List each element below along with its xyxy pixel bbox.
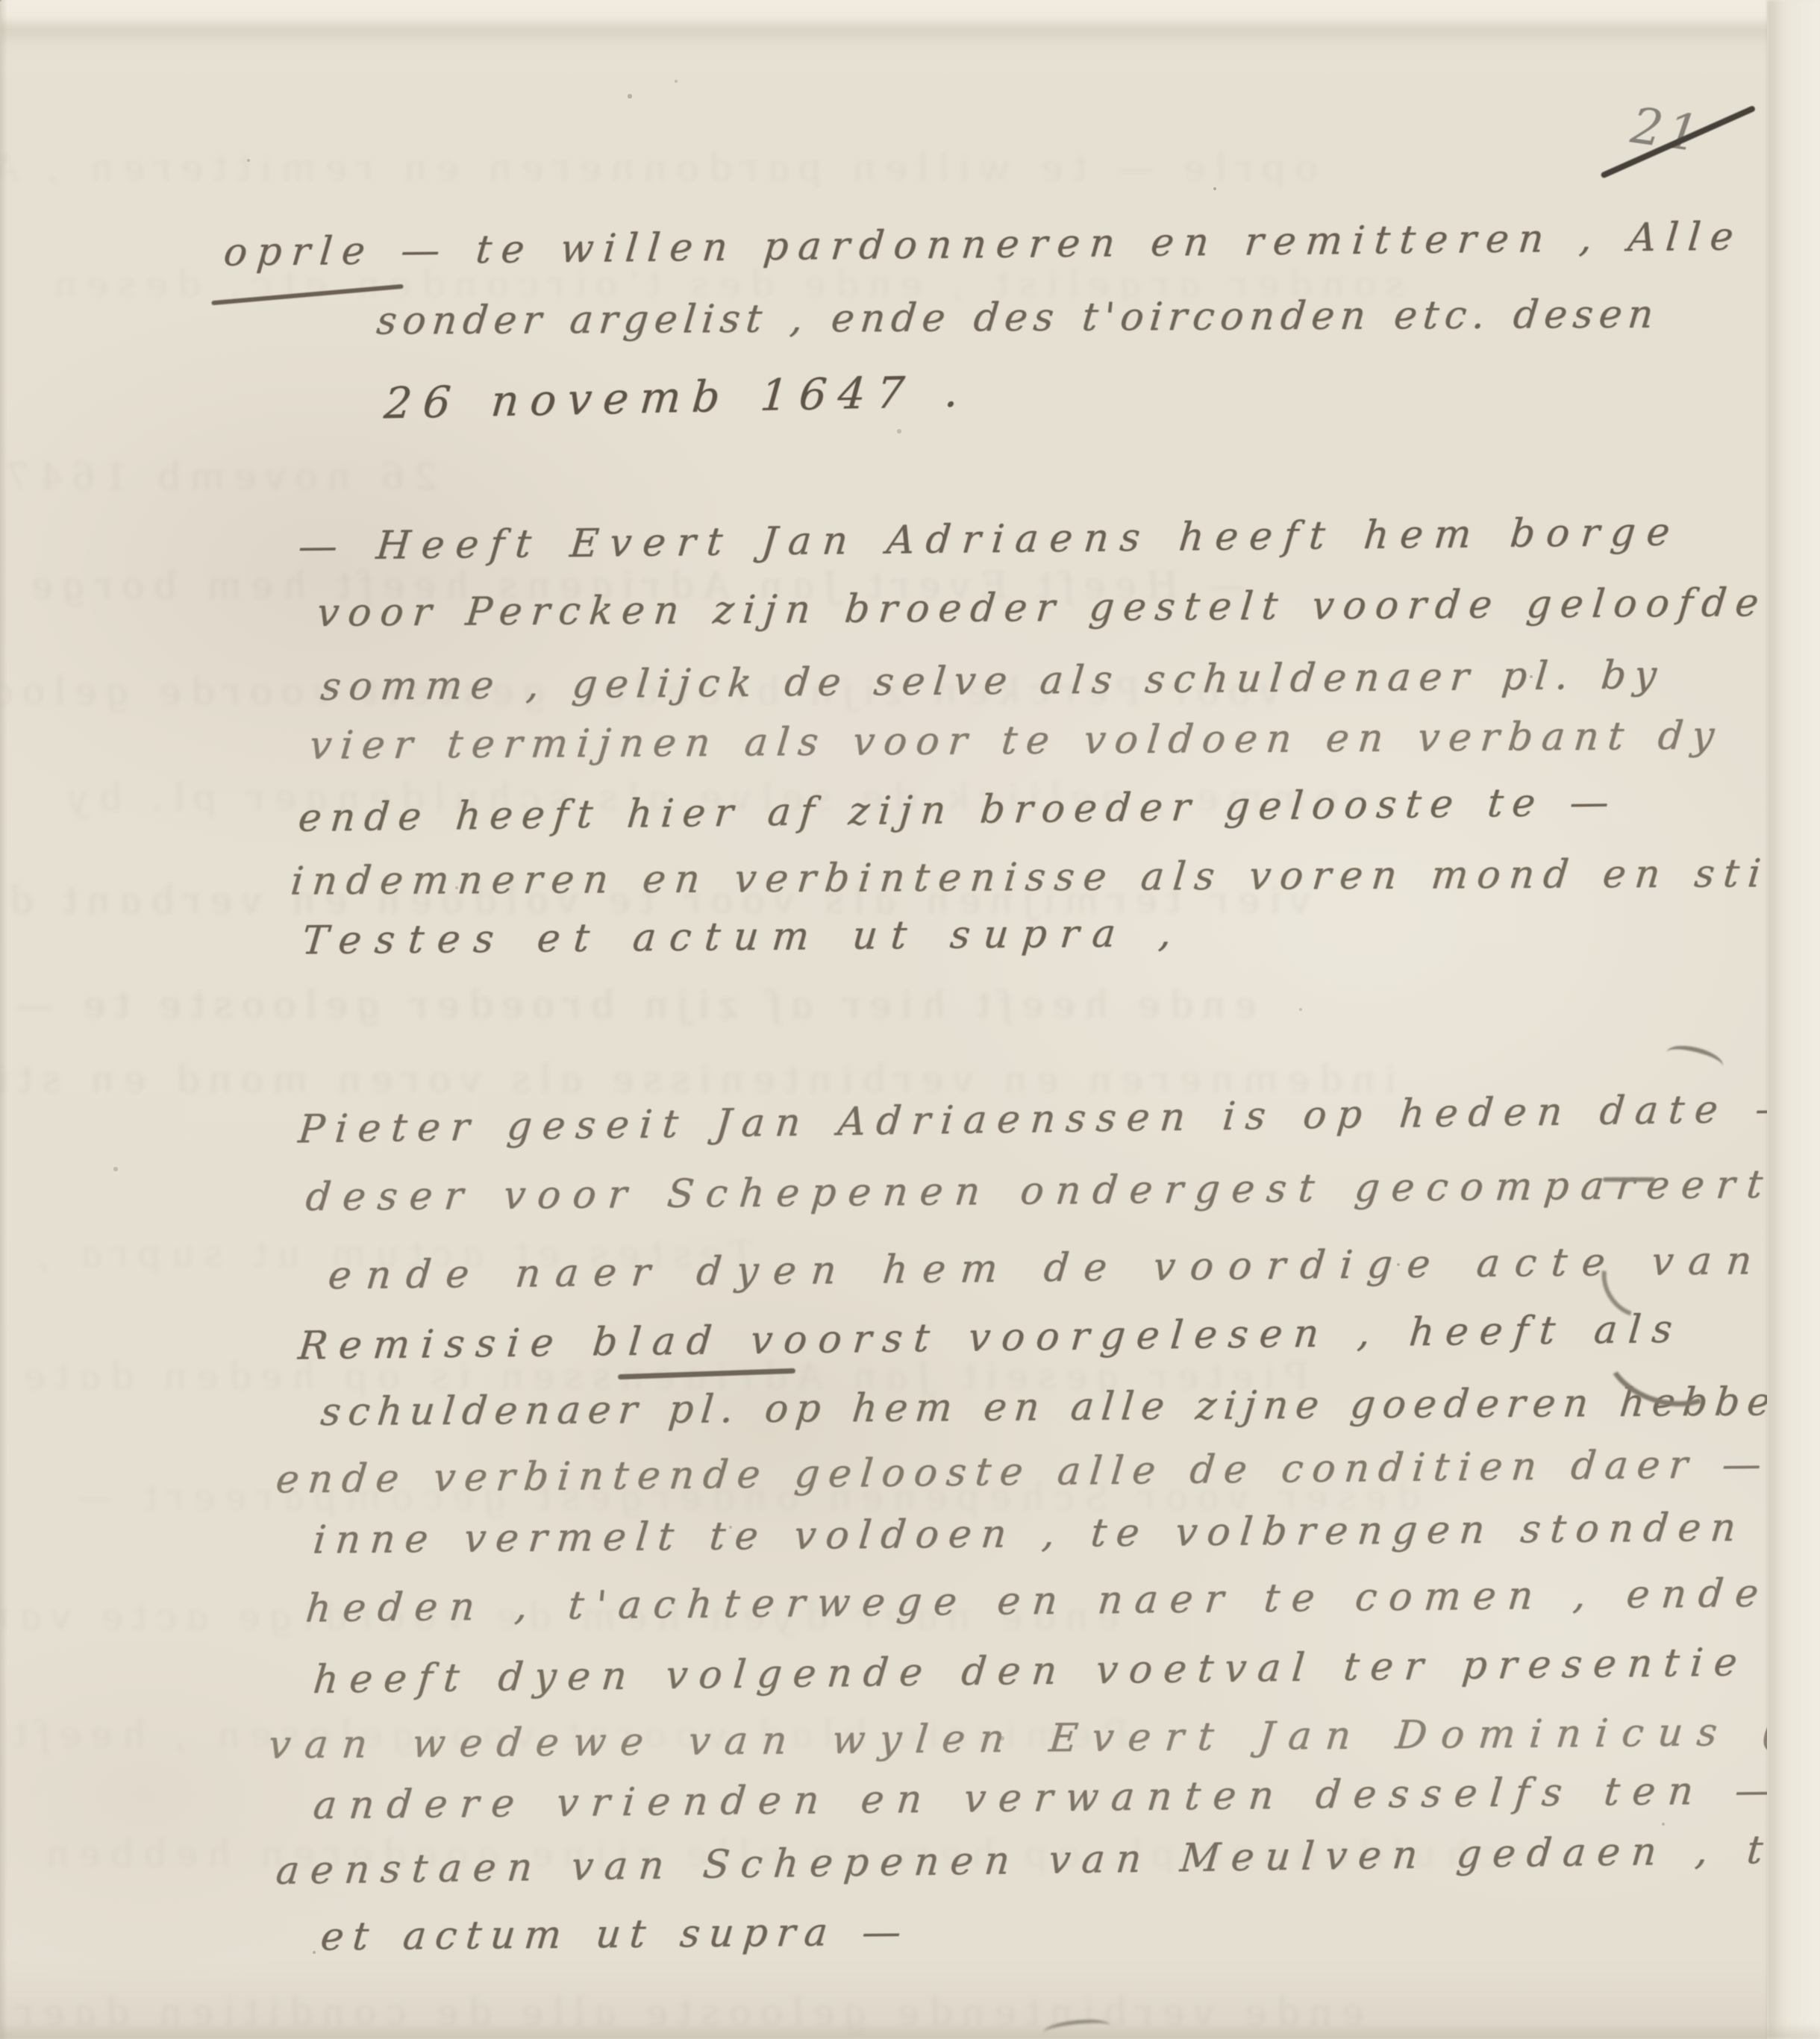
manuscript-line: sonder argelist , ende des t'oirconden e… <box>375 292 1661 343</box>
manuscript-line: indemneren en verbintenisse als voren mo… <box>289 851 1820 904</box>
folio-number: 21 <box>1627 97 1707 164</box>
paper-specks <box>0 0 1 1</box>
manuscript-line: Testes et actum ut supra , <box>300 911 1187 963</box>
manuscript-scan: oprle — te willen pardonneren en remitte… <box>0 0 1820 2039</box>
manuscript-line: et actum ut supra — <box>319 1910 912 1960</box>
